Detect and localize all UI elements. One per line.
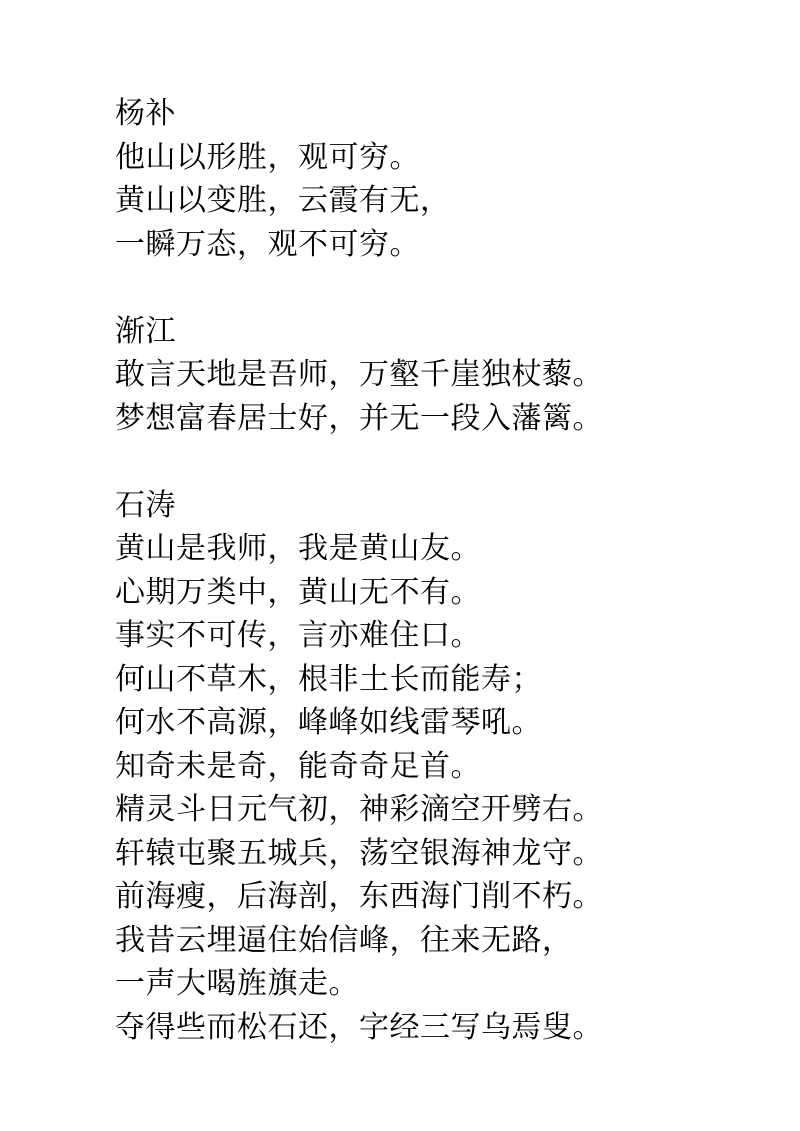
poem-line: 敢言天地是吾师，万壑千崖独杖藜。	[115, 353, 760, 397]
poem-line: 黄山是我师，我是黄山友。	[115, 527, 760, 571]
poem-line: 我昔云埋逼住始信峰，往来无路，	[115, 919, 760, 963]
poem-line: 黄山以变胜，云霞有无，	[115, 179, 760, 223]
poem-line: 事实不可传，言亦难住口。	[115, 614, 760, 658]
poem-line: 前海瘦，后海剖，东西海门削不朽。	[115, 875, 760, 919]
poem-line: 梦想富春居士好，并无一段入藩篱。	[115, 397, 760, 441]
poem-line: 心期万类中，黄山无不有。	[115, 571, 760, 615]
poem-line: 他山以形胜，观可穷。	[115, 136, 760, 180]
poem-line: 一声大喝旌旗走。	[115, 962, 760, 1006]
poem-section: 杨补他山以形胜，观可穷。黄山以变胜，云霞有无，一瞬万态，观不可穷。	[115, 92, 760, 266]
poem-author: 杨补	[115, 92, 760, 136]
poem-author: 石涛	[115, 484, 760, 528]
document-page: 杨补他山以形胜，观可穷。黄山以变胜，云霞有无，一瞬万态，观不可穷。渐江敢言天地是…	[0, 0, 800, 1131]
poems-container: 杨补他山以形胜，观可穷。黄山以变胜，云霞有无，一瞬万态，观不可穷。渐江敢言天地是…	[115, 92, 760, 1049]
poem-section: 渐江敢言天地是吾师，万壑千崖独杖藜。梦想富春居士好，并无一段入藩篱。	[115, 310, 760, 441]
poem-line: 何水不高源，峰峰如线雷琴吼。	[115, 701, 760, 745]
poem-line: 轩辕屯聚五城兵，荡空银海神龙守。	[115, 832, 760, 876]
poem-line: 夺得些而松石还，字经三写乌焉叟。	[115, 1006, 760, 1050]
poem-line: 何山不草木，根非土长而能寿；	[115, 658, 760, 702]
poem-author: 渐江	[115, 310, 760, 354]
poem-line: 知奇未是奇，能奇奇足首。	[115, 745, 760, 789]
poem-section: 石涛黄山是我师，我是黄山友。心期万类中，黄山无不有。事实不可传，言亦难住口。何山…	[115, 484, 760, 1050]
poem-line: 精灵斗日元气初，神彩滴空开劈右。	[115, 788, 760, 832]
poem-line: 一瞬万态，观不可穷。	[115, 223, 760, 267]
